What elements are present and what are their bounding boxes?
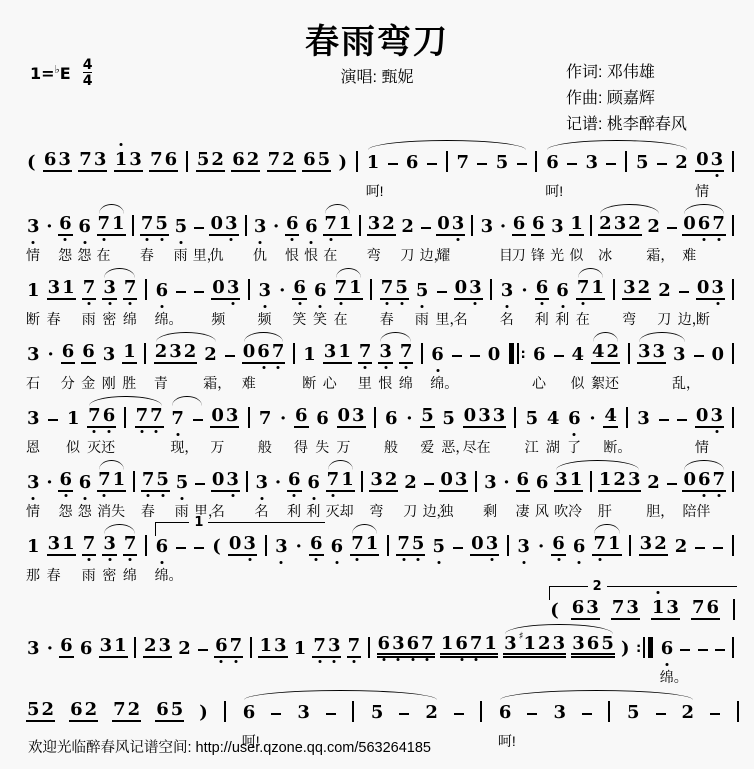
note-char: 3 — [468, 279, 483, 297]
dash-note — [453, 547, 463, 550]
note-token — [354, 151, 359, 172]
note-char: 2 — [84, 701, 99, 719]
lyric: 在 — [334, 309, 348, 329]
note-char: 1 — [113, 637, 128, 655]
note-token: 3 — [102, 279, 117, 300]
note-char: 3 — [224, 215, 239, 233]
note-token: 2 — [177, 640, 192, 658]
lyric: 陪伴 — [682, 501, 710, 521]
note-char: 6 — [302, 151, 317, 169]
note-token: 6 — [516, 471, 531, 492]
lyric: 得 — [294, 437, 308, 457]
lyric: 雨 — [174, 245, 188, 265]
note-token — [731, 215, 736, 236]
lyric: 春 — [140, 245, 154, 265]
octave-dot-below — [666, 663, 669, 666]
note-char: 7 — [135, 407, 150, 425]
octave-dot-below — [598, 558, 601, 561]
note-char: 2 — [653, 535, 668, 553]
note-token: 31 — [47, 535, 76, 556]
note-token — [553, 355, 565, 365]
note-token — [588, 471, 593, 492]
note-token: 1 — [122, 343, 137, 364]
note-char: 6 — [315, 410, 330, 428]
credits-block: 作词: 邓伟雄 作曲: 顾嘉辉 记谱: 桃李醉春风 — [566, 60, 687, 138]
note-char: 1 — [122, 343, 137, 361]
octave-dot-below — [715, 430, 718, 433]
note-char: 0 — [210, 407, 225, 425]
note-char: · — [274, 474, 282, 492]
octave-dot-below — [140, 430, 143, 433]
lyrics-row: 呵!呵!情 — [26, 181, 736, 199]
note-token — [451, 355, 463, 365]
lyric: 情 — [695, 181, 709, 201]
note-char: 1 — [66, 410, 81, 428]
slur-arc — [505, 624, 613, 634]
note-char: 6 — [242, 704, 257, 722]
note-char: 7 — [149, 151, 164, 169]
lyric: 般 — [384, 437, 398, 457]
octave-dot-below — [384, 366, 387, 369]
note-char: 3 — [351, 407, 366, 425]
slur-arc — [593, 332, 618, 342]
note-char: 3 — [274, 538, 289, 556]
octave-dot-below — [561, 305, 564, 308]
lyric: 刚 — [102, 373, 116, 393]
note-token: 2 — [424, 704, 439, 722]
note-char: 0 — [439, 471, 454, 489]
lyric: 密 — [102, 309, 116, 329]
note-char: 6 — [79, 640, 94, 658]
note-token: 3 — [102, 346, 117, 364]
note-char: 7 — [420, 635, 435, 653]
note-char: 3 — [516, 538, 531, 556]
dash-note — [198, 649, 208, 652]
note-char: 0 — [228, 535, 243, 553]
note-char: · — [45, 218, 53, 236]
system-5: 3176777037·66036·55033546·4303恩似灭还现，万般得失… — [26, 394, 736, 455]
lyric: 断 — [26, 309, 40, 329]
note-token — [193, 227, 205, 237]
note-token — [489, 279, 494, 300]
octave-dot-below — [176, 433, 179, 436]
slur-arc — [172, 396, 201, 406]
note-char: 3 — [710, 279, 725, 297]
note-char: 5 — [154, 215, 169, 233]
lyric: 吹冷 — [554, 501, 582, 521]
note-char: 3 — [47, 535, 62, 553]
lyric: 霜， — [203, 373, 231, 393]
note-token: 3 — [257, 282, 272, 300]
note-token: 03 — [209, 215, 238, 236]
lyric: 心 — [532, 373, 546, 393]
lyrics-row: 石分金刚胜青霜，难断心里恨绵绵。心似絮还乱， — [26, 373, 736, 391]
note-char: 6 — [287, 471, 302, 489]
note-char: 6 — [59, 637, 74, 655]
note-token: 3 — [672, 346, 687, 364]
note-char: 6 — [155, 282, 170, 300]
note-char: 3 — [710, 151, 725, 169]
note-token: 7 — [82, 279, 97, 300]
octave-dot-below — [280, 561, 283, 564]
lyric: 刀 — [400, 245, 414, 265]
note-char: 6 — [294, 407, 309, 425]
lyrics-row: 情怨怨消失春雨里，名名利利灭却弯刀边，独剩凄风吹冷肝胆，陪伴 — [26, 501, 736, 519]
header: 春雨弯刀 1=♭E 44 演唱: 甄妮 作词: 邓伟雄 作曲: 顾嘉辉 记谱: … — [0, 0, 754, 132]
octave-dot-below — [103, 494, 106, 497]
note-token: ( — [549, 602, 560, 620]
note-token — [731, 343, 736, 364]
note-char: 3 — [225, 407, 240, 425]
note-char: 2 — [424, 704, 439, 722]
dash-note — [606, 163, 616, 166]
note-char: 1 — [483, 635, 498, 653]
note-token — [655, 713, 667, 723]
system-1: (6373137652627265)1675635203呵!呵!情 — [26, 138, 736, 199]
note-char: 7 — [82, 535, 97, 553]
note-char: 5 — [170, 701, 185, 719]
note-char: 7 — [712, 471, 727, 489]
dash-note — [582, 713, 592, 716]
note-char: 2 — [381, 215, 396, 233]
octave-dot-below — [397, 658, 400, 661]
note-char: 3 — [584, 154, 599, 172]
octave-dot-below — [506, 305, 509, 308]
note-token: 31 — [554, 471, 583, 492]
octave-dot-below — [310, 241, 313, 244]
note-token: 3 — [636, 410, 651, 428]
note-char: 0 — [463, 407, 478, 425]
octave-dot-below — [155, 430, 158, 433]
lyric: 绵 — [399, 373, 413, 393]
slur-arc — [368, 140, 526, 150]
footer-note: 欢迎光临醉春风记谱空间: http://user.qzone.qq.com/56… — [28, 736, 431, 757]
note-token: 067 — [682, 471, 726, 492]
note-char: 5 — [415, 282, 430, 300]
note-char: 5 — [155, 471, 170, 489]
note-token: 6 — [309, 535, 324, 556]
note-token: 6 — [531, 215, 546, 236]
octave-dot-below — [220, 660, 223, 663]
note-char: 2 — [127, 701, 142, 719]
note-char: 6 — [571, 599, 586, 617]
note-token: ∶ — [507, 343, 526, 364]
note-token — [566, 163, 578, 173]
note-token: 03 — [439, 471, 468, 492]
lyric: 名 — [255, 501, 269, 521]
note-char: 7 — [112, 701, 127, 719]
note-char: 3 — [99, 637, 114, 655]
dash-note — [517, 163, 527, 166]
lyric: 灭还 — [87, 437, 115, 457]
note-token: 3 — [550, 218, 565, 236]
note-token: 2 — [403, 474, 418, 492]
lyric: 消失 — [97, 501, 125, 521]
lyrics-row: 绵。 — [26, 667, 736, 685]
note-char: 6 — [535, 279, 550, 297]
dash-note — [667, 483, 677, 486]
note-token: · — [278, 282, 286, 300]
note-token: 75 — [380, 279, 409, 300]
note-char: 6 — [313, 282, 328, 300]
dash-note — [667, 227, 677, 230]
note-token: 6 — [555, 282, 570, 300]
note-token: · — [47, 346, 55, 364]
octave-dot-below — [474, 302, 477, 305]
note-char: 2 — [183, 343, 198, 361]
note-token: 1 — [26, 282, 41, 300]
note-token: 31 — [99, 637, 128, 658]
lyric: 利 — [555, 309, 569, 329]
lyric: 名 — [500, 309, 514, 329]
system-3: 1317376033·6671755033·667132203断春雨密绵绵。频频… — [26, 266, 736, 327]
note-char: 0 — [710, 346, 725, 364]
octave-dot-below — [436, 369, 439, 372]
note-token — [625, 407, 630, 428]
lyric: 石 — [26, 373, 40, 393]
dash-note — [194, 227, 204, 230]
lyric: 在 — [323, 245, 337, 265]
slur-arc — [244, 690, 437, 700]
note-char: 2 — [41, 701, 56, 719]
note-char: 6 — [58, 471, 73, 489]
note-token: 3♯123 — [503, 635, 566, 658]
note-token: 03 — [470, 535, 499, 556]
note-token: 3 — [26, 640, 41, 658]
lyric: 了 — [567, 437, 581, 457]
octave-dot-below — [318, 660, 321, 663]
note-token: · — [45, 474, 53, 492]
dash-note — [554, 355, 564, 358]
note-token: 03 — [210, 407, 239, 428]
lyric: 呵! — [545, 181, 563, 201]
slur-arc — [244, 332, 284, 342]
note-char: 3 — [367, 215, 382, 233]
lyric: 名 — [211, 501, 225, 521]
note-char: 4 — [603, 407, 618, 425]
note-token: 5 — [495, 154, 510, 172]
note-token: 5 — [525, 410, 540, 428]
note-char: 5 — [370, 704, 385, 722]
octave-dot-below — [716, 302, 719, 305]
lyric: 春 — [380, 309, 394, 329]
lyric: 利 — [535, 309, 549, 329]
lyric: 万 — [337, 437, 351, 457]
note-token: 6 — [498, 704, 513, 722]
notes-row: 3176777037·66036·55033546·4303 — [26, 394, 736, 437]
octave-dot-below — [293, 494, 296, 497]
note-token — [193, 547, 205, 557]
note-char: 0 — [682, 471, 697, 489]
note-char: 3 — [242, 535, 257, 553]
lyric: 心 — [323, 373, 337, 393]
note-char: 7 — [258, 410, 273, 428]
note-token — [193, 291, 205, 301]
lyric: 难 — [682, 245, 696, 265]
note-token: · — [502, 474, 510, 492]
notes-row: 52627265)63526352…… — [26, 688, 736, 731]
lyric: 江 — [525, 437, 539, 457]
note-char: 2 — [674, 538, 689, 556]
dash-note — [694, 355, 704, 358]
note-char: 6 — [555, 282, 570, 300]
note-char: 0 — [454, 279, 469, 297]
song-title: 春雨弯刀 — [0, 0, 754, 63]
note-char: 6 — [377, 635, 392, 653]
dash-note — [452, 355, 462, 358]
note-char: 1 — [337, 343, 352, 361]
note-char: 6 — [384, 410, 399, 428]
note-token: · — [46, 640, 54, 658]
note-char: 1 — [112, 471, 127, 489]
note-char: 1 — [111, 215, 126, 233]
note-token: 71 — [97, 215, 126, 236]
dash-note — [271, 713, 281, 716]
lyric: 绵。 — [430, 373, 458, 393]
note-char: 5 — [635, 154, 650, 172]
note-char: 3 — [451, 215, 466, 233]
slur-arc — [380, 332, 411, 342]
note-char: 6 — [567, 410, 582, 428]
note-token: 6 — [512, 215, 527, 236]
lyric: 分 — [61, 373, 75, 393]
dash-note — [715, 649, 725, 652]
note-token — [426, 163, 438, 173]
note-char: 3 — [477, 407, 492, 425]
note-token: 3 — [26, 474, 41, 492]
note-token — [731, 637, 736, 658]
note-token: 067 — [242, 343, 286, 364]
note-token: 03 — [695, 407, 724, 428]
note-char: 6 — [535, 474, 550, 492]
note-token: 6 — [304, 218, 319, 236]
note-token: 71 — [350, 535, 379, 556]
note-char: 2 — [154, 343, 169, 361]
note-token: ) — [198, 704, 209, 722]
octave-dot-below — [331, 494, 334, 497]
dash-note — [567, 163, 577, 166]
note-char: · — [45, 474, 53, 492]
note-char: 1 — [590, 279, 605, 297]
note-char: 5 — [525, 410, 540, 428]
octave-dot-below — [147, 494, 150, 497]
note-char: 6 — [512, 215, 527, 233]
octave-dot-below — [540, 302, 543, 305]
lyric: 春 — [47, 565, 61, 585]
note-char: · — [537, 538, 545, 556]
note-char: 3 — [253, 218, 268, 236]
system-2: 3·6671755033·6671322033·66312322067情怨怨在春… — [26, 202, 736, 263]
note-token — [143, 343, 148, 364]
note-token — [144, 535, 149, 556]
note-char: 6 — [697, 215, 712, 233]
note-token — [248, 637, 253, 658]
note-char: · — [405, 410, 413, 428]
note-token — [731, 599, 736, 620]
note-char: 3 — [613, 215, 628, 233]
note-char: 3 — [255, 474, 270, 492]
note-token — [385, 535, 390, 556]
notes-row: 1317376033·6671755033·667132203 — [26, 266, 736, 309]
note-token — [731, 279, 736, 300]
note-token — [246, 279, 251, 300]
note-token: 6 — [155, 538, 170, 556]
note-token: 6 — [330, 538, 345, 556]
lyric: 恨 — [378, 373, 392, 393]
note-token — [697, 649, 709, 659]
dash-note — [225, 355, 235, 358]
note-token: 3 — [500, 282, 515, 300]
octave-dot-below — [715, 174, 718, 177]
note-token: 73 — [312, 637, 341, 658]
note-char: · — [279, 410, 287, 428]
note-token: 31 — [47, 279, 76, 300]
note-char: 5 — [175, 474, 190, 492]
note-char: 5 — [432, 538, 447, 556]
lyric: 爱 — [420, 437, 434, 457]
note-char: 3 — [102, 279, 117, 297]
note-char: 0 — [436, 215, 451, 233]
note-token: 03 — [337, 407, 366, 428]
lyric: 春 — [47, 309, 61, 329]
lyricist-credit: 作词: 邓伟雄 — [566, 60, 687, 86]
note-char: 0 — [695, 407, 710, 425]
note-char: 3 — [225, 471, 240, 489]
lyric: 笑 — [313, 309, 327, 329]
note-char: 3 — [26, 474, 41, 492]
note-char: 6 — [214, 637, 229, 655]
note-char: 1 — [61, 279, 76, 297]
slur-arc — [500, 690, 693, 700]
note-char: 1 — [348, 279, 363, 297]
octave-dot-below — [108, 558, 111, 561]
octave-dot-below — [129, 302, 132, 305]
note-char: 1 — [302, 346, 317, 364]
note-char: ( — [211, 538, 222, 556]
note-token: 7 — [258, 410, 273, 428]
note-token: 3 — [584, 154, 599, 172]
note-token: 3 — [378, 343, 393, 364]
octave-dot-below — [717, 238, 720, 241]
note-char: 3 — [571, 635, 586, 653]
note-char: 1 — [569, 471, 584, 489]
dash-note — [388, 163, 398, 166]
note-token: · — [537, 538, 545, 556]
dash-note — [424, 483, 434, 486]
note-token: 365 — [571, 635, 615, 658]
note-token — [658, 419, 670, 429]
note-char: 3 — [622, 279, 637, 297]
note-token: 71 — [326, 471, 355, 492]
note-char: 4 — [546, 410, 561, 428]
note-token — [224, 355, 236, 365]
lyric: 怨 — [78, 501, 92, 521]
note-token: 72 — [112, 701, 141, 722]
note-token: 2 — [646, 474, 661, 492]
note-char: 3 — [652, 343, 667, 361]
note-char: 6 — [61, 343, 76, 361]
octave-dot-below — [232, 302, 235, 305]
note-token — [605, 163, 617, 173]
note-token: 0 — [710, 346, 725, 364]
note-char: 1 — [26, 538, 41, 556]
lyric: 尽在 — [463, 437, 491, 457]
note-token: 6 — [242, 704, 257, 722]
note-char: 6 — [406, 635, 421, 653]
note-token: 62 — [231, 151, 260, 172]
note-char: 3 — [639, 535, 654, 553]
note-token: ( — [26, 154, 37, 172]
